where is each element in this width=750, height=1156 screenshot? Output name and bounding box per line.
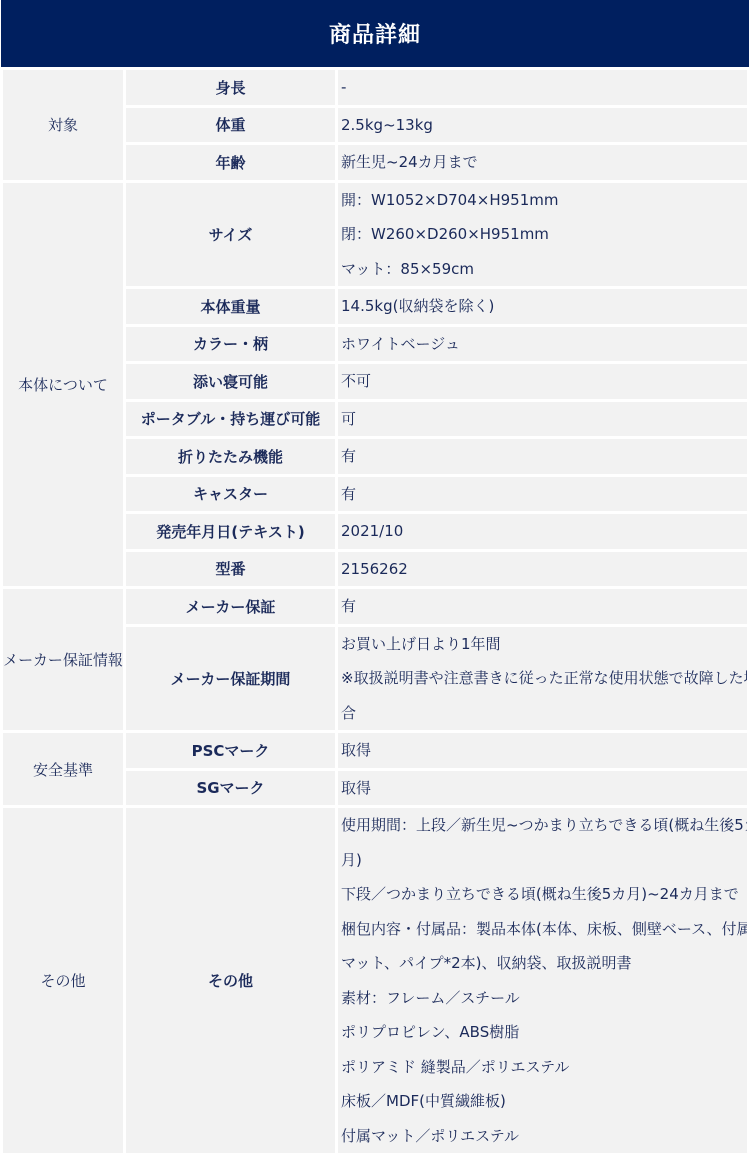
spec-value: 2156262 [338,552,747,587]
spec-value-line: 使用期間：上段／新生児~つかまり立ちできる頃(概ね生後5カ [341,808,747,843]
spec-value-line: 14.5kg(収納袋を除く) [341,289,747,324]
spec-value-line: ポリアミド 縫製品／ポリエステル [341,1050,747,1085]
spec-value: お買い上げ日より1年間※取扱説明書や注意書きに従った正常な使用状態で故障した場合 [338,627,747,731]
table-row: その他その他使用期間：上段／新生児~つかまり立ちできる頃(概ね生後5カ月)下段／… [3,808,747,1106]
spec-value-line: ※取扱説明書や注意書きに従った正常な使用状態で故障した場 [341,661,747,696]
spec-label: PSCマーク [126,733,335,768]
spec-value-line: 2156262 [341,552,747,587]
product-detail-table: 対象身長-体重2.5kg~13kg年齢新生児~24カ月まで本体についてサイズ開：… [0,67,750,1106]
spec-value: 取得 [338,771,747,806]
spec-value: 有 [338,477,747,512]
spec-label: キャスター [126,477,335,512]
spec-value: 開：W1052×D704×H951mm閉：W260×D260×H951mmマット… [338,183,747,287]
spec-value-line: 有 [341,477,747,512]
spec-value: 可 [338,402,747,437]
spec-value-line: 閉：W260×D260×H951mm [341,217,747,252]
spec-value-line: - [341,70,747,105]
spec-label: ポータブル・持ち運び可能 [126,402,335,437]
table-row: 対象身長- [3,70,747,105]
spec-value-line: 月) [341,843,747,878]
spec-label: 年齢 [126,145,335,180]
spec-value-line: 有 [341,439,747,474]
spec-value-line: 床板／MDF(中質繊維板) [341,1084,747,1106]
section-group-label: その他 [3,808,123,1106]
spec-value: - [338,70,747,105]
spec-value: ホワイトベージュ [338,327,747,362]
spec-value-line: 合 [341,696,747,731]
spec-label: 体重 [126,108,335,143]
table-row: 本体についてサイズ開：W1052×D704×H951mm閉：W260×D260×… [3,183,747,287]
section-group-label: 対象 [3,70,123,180]
spec-label: 折りたたみ機能 [126,439,335,474]
spec-value-line: マット：85×59cm [341,252,747,287]
spec-value: 14.5kg(収納袋を除く) [338,289,747,324]
spec-value: 2021/10 [338,514,747,549]
spec-value-line: お買い上げ日より1年間 [341,627,747,662]
spec-value: 新生児~24カ月まで [338,145,747,180]
spec-value-line: マット、パイプ*2本)、収納袋、取扱説明書 [341,946,747,981]
spec-label: 身長 [126,70,335,105]
spec-label: サイズ [126,183,335,287]
spec-label: カラー・柄 [126,327,335,362]
spec-value-line: ポリプロピレン、ABS樹脂 [341,1015,747,1050]
spec-label: 発売年月日(テキスト) [126,514,335,549]
table-row: メーカー保証情報メーカー保証有 [3,589,747,624]
spec-value-line: 有 [341,589,747,624]
spec-value-line: 梱包内容・付属品：製品本体(本体、床板、側壁ベース、付属 [341,912,747,947]
spec-value-line: 開：W1052×D704×H951mm [341,183,747,218]
spec-value-line: 下段／つかまり立ちできる頃(概ね生後5カ月)~24カ月まで [341,877,747,912]
table-row: 安全基準PSCマーク取得 [3,733,747,768]
spec-value: 2.5kg~13kg [338,108,747,143]
spec-value-line: 取得 [341,771,747,806]
section-group-label: 安全基準 [3,733,123,805]
spec-value: 使用期間：上段／新生児~つかまり立ちできる頃(概ね生後5カ月)下段／つかまり立ち… [338,808,747,1106]
spec-label: メーカー保証 [126,589,335,624]
spec-value-line: 可 [341,402,747,437]
spec-value-line: 2.5kg~13kg [341,108,747,143]
spec-value: 有 [338,439,747,474]
spec-value: 不可 [338,364,747,399]
spec-label: SGマーク [126,771,335,806]
spec-label: メーカー保証期間 [126,627,335,731]
spec-label: 型番 [126,552,335,587]
section-group-label: メーカー保証情報 [3,589,123,730]
spec-value-line: 新生児~24カ月まで [341,145,747,180]
spec-value: 取得 [338,733,747,768]
spec-label: 添い寝可能 [126,364,335,399]
spec-value-line: 素材：フレーム／スチール [341,981,747,1016]
spec-value: 有 [338,589,747,624]
section-group-label: 本体について [3,183,123,587]
page-title: 商品詳細 [1,0,749,67]
spec-label: 本体重量 [126,289,335,324]
spec-value-line: ホワイトベージュ [341,327,747,362]
spec-value-line: 不可 [341,364,747,399]
spec-label: その他 [126,808,335,1106]
spec-value-line: 取得 [341,733,747,768]
spec-value-line: 2021/10 [341,514,747,549]
